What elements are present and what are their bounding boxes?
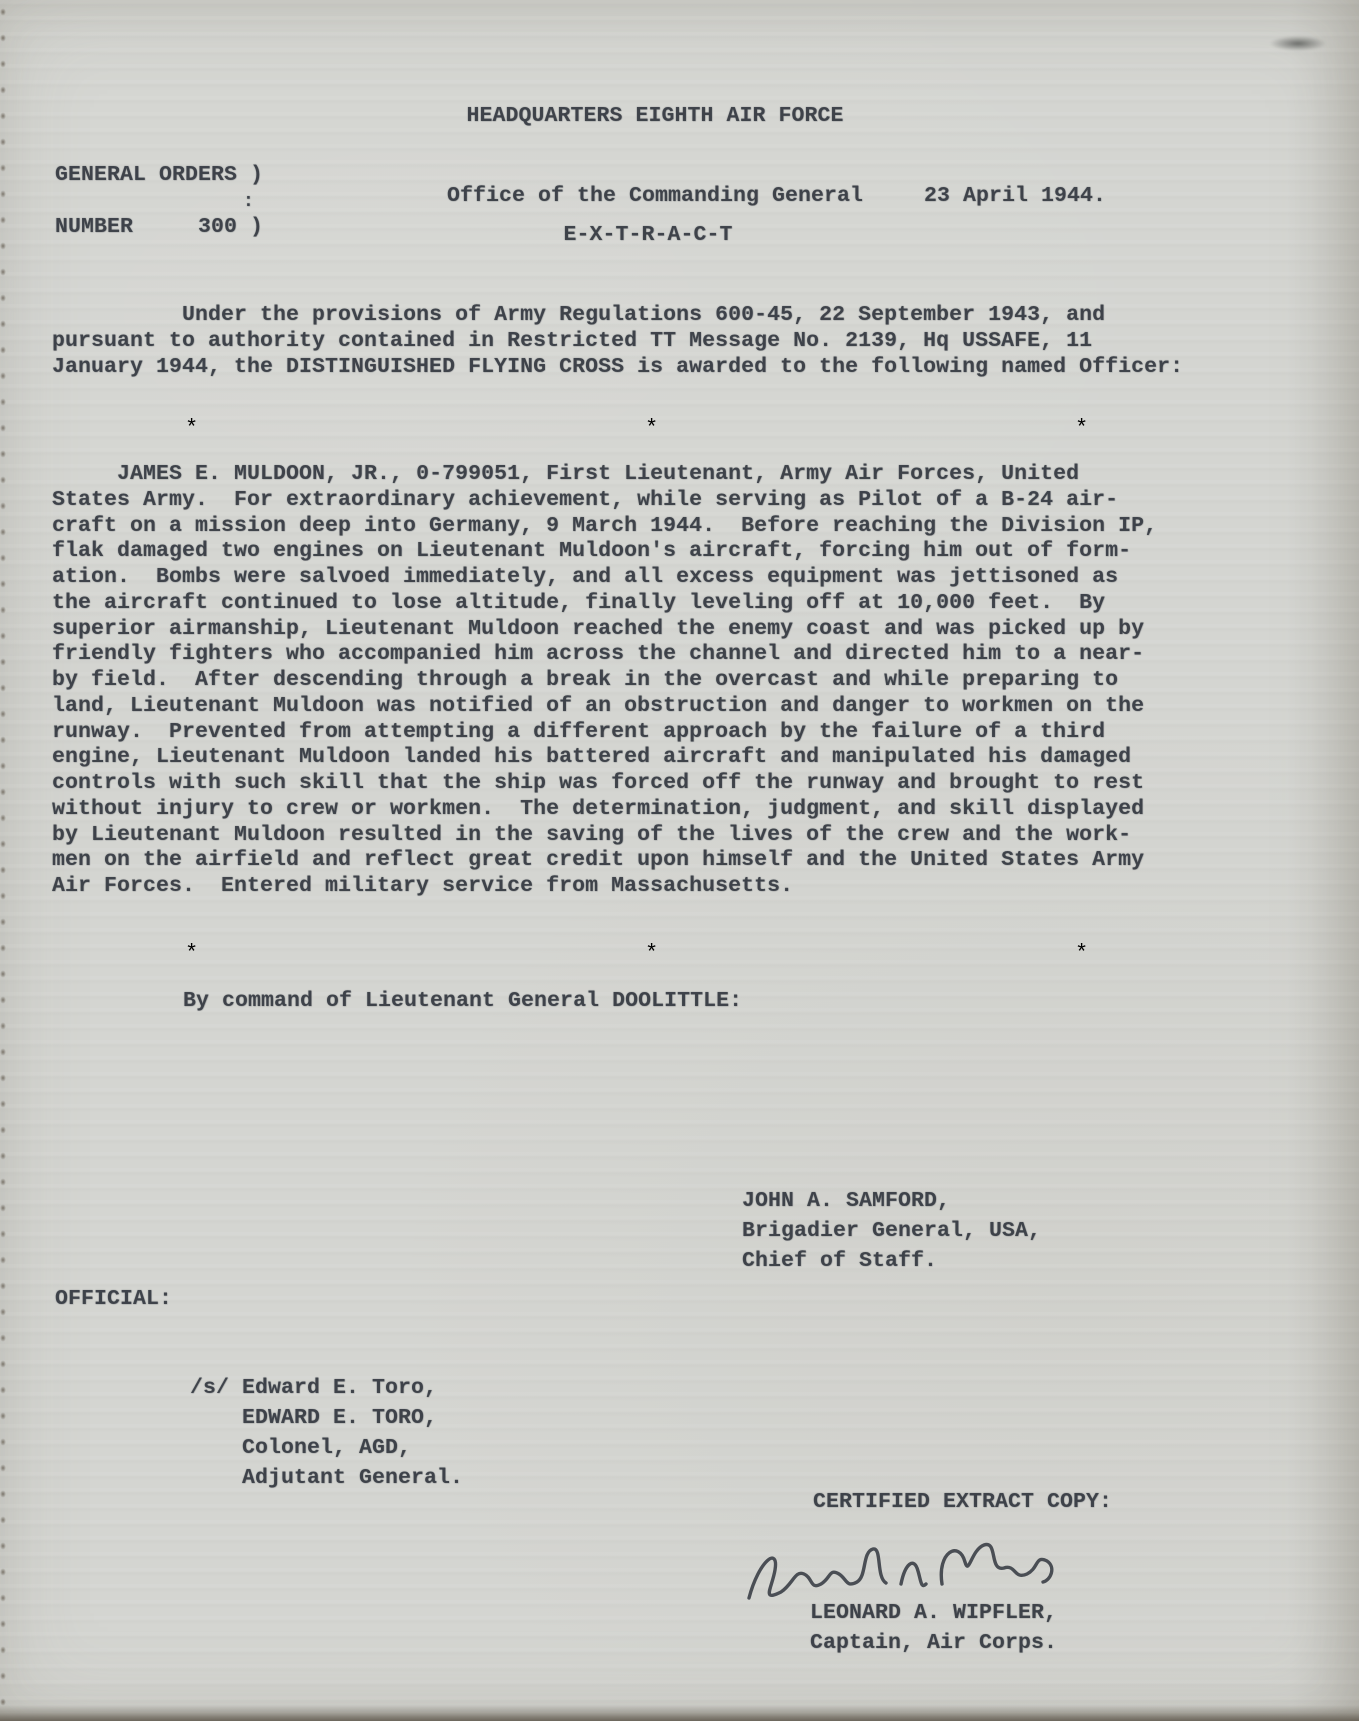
asterisk-glyph: * xyxy=(1075,941,1088,966)
certifier-block: LEONARD A. WIPFLER, Captain, Air Corps. xyxy=(810,1598,1057,1658)
document-date: 23 April 1944. xyxy=(924,183,1106,209)
asterisk-glyph: * xyxy=(645,416,658,441)
order-number-line: NUMBER 300 ) xyxy=(55,214,263,240)
asterisk-glyph: * xyxy=(645,941,658,966)
chief-of-staff-block: JOHN A. SAMFORD, Brigadier General, USA,… xyxy=(742,1186,1041,1276)
intro-paragraph: Under the provisions of Army Regulations… xyxy=(52,303,1242,380)
asterisk-glyph: * xyxy=(185,941,198,966)
general-orders-label: GENERAL ORDERS ) xyxy=(55,162,263,188)
by-command-line: By command of Lieutenant General DOOLITT… xyxy=(183,988,742,1014)
bottom-page-edge xyxy=(0,1705,1359,1721)
asterisk-divider-bottom: * * * xyxy=(0,941,1359,967)
letterhead-line1: HEADQUARTERS EIGHTH AIR FORCE xyxy=(447,103,863,130)
ink-smudge-mark xyxy=(1270,36,1326,51)
asterisk-glyph: * xyxy=(1075,416,1088,441)
scanned-document-page: HEADQUARTERS EIGHTH AIR FORCE Office of … xyxy=(0,0,1359,1721)
certified-extract-label: CERTIFIED EXTRACT COPY: xyxy=(813,1489,1112,1515)
general-orders-separator: : xyxy=(243,189,254,215)
official-label: OFFICIAL: xyxy=(55,1286,172,1312)
asterisk-glyph: * xyxy=(185,416,198,441)
right-edge-shadow xyxy=(1289,0,1359,1721)
letterhead-line2: Office of the Commanding General xyxy=(447,183,863,210)
asterisk-divider-top: * * * xyxy=(0,416,1359,442)
left-edge-binding-marks xyxy=(0,0,11,1721)
adjutant-signature-block: /s/ Edward E. Toro, EDWARD E. TORO, Colo… xyxy=(190,1373,463,1493)
extract-heading: E-X-T-R-A-C-T xyxy=(563,222,732,248)
citation-paragraph: JAMES E. MULDOON, JR., 0-799051, First L… xyxy=(52,462,1242,900)
signature-name: Leonard A. Wipfler xyxy=(0,0,1,1)
